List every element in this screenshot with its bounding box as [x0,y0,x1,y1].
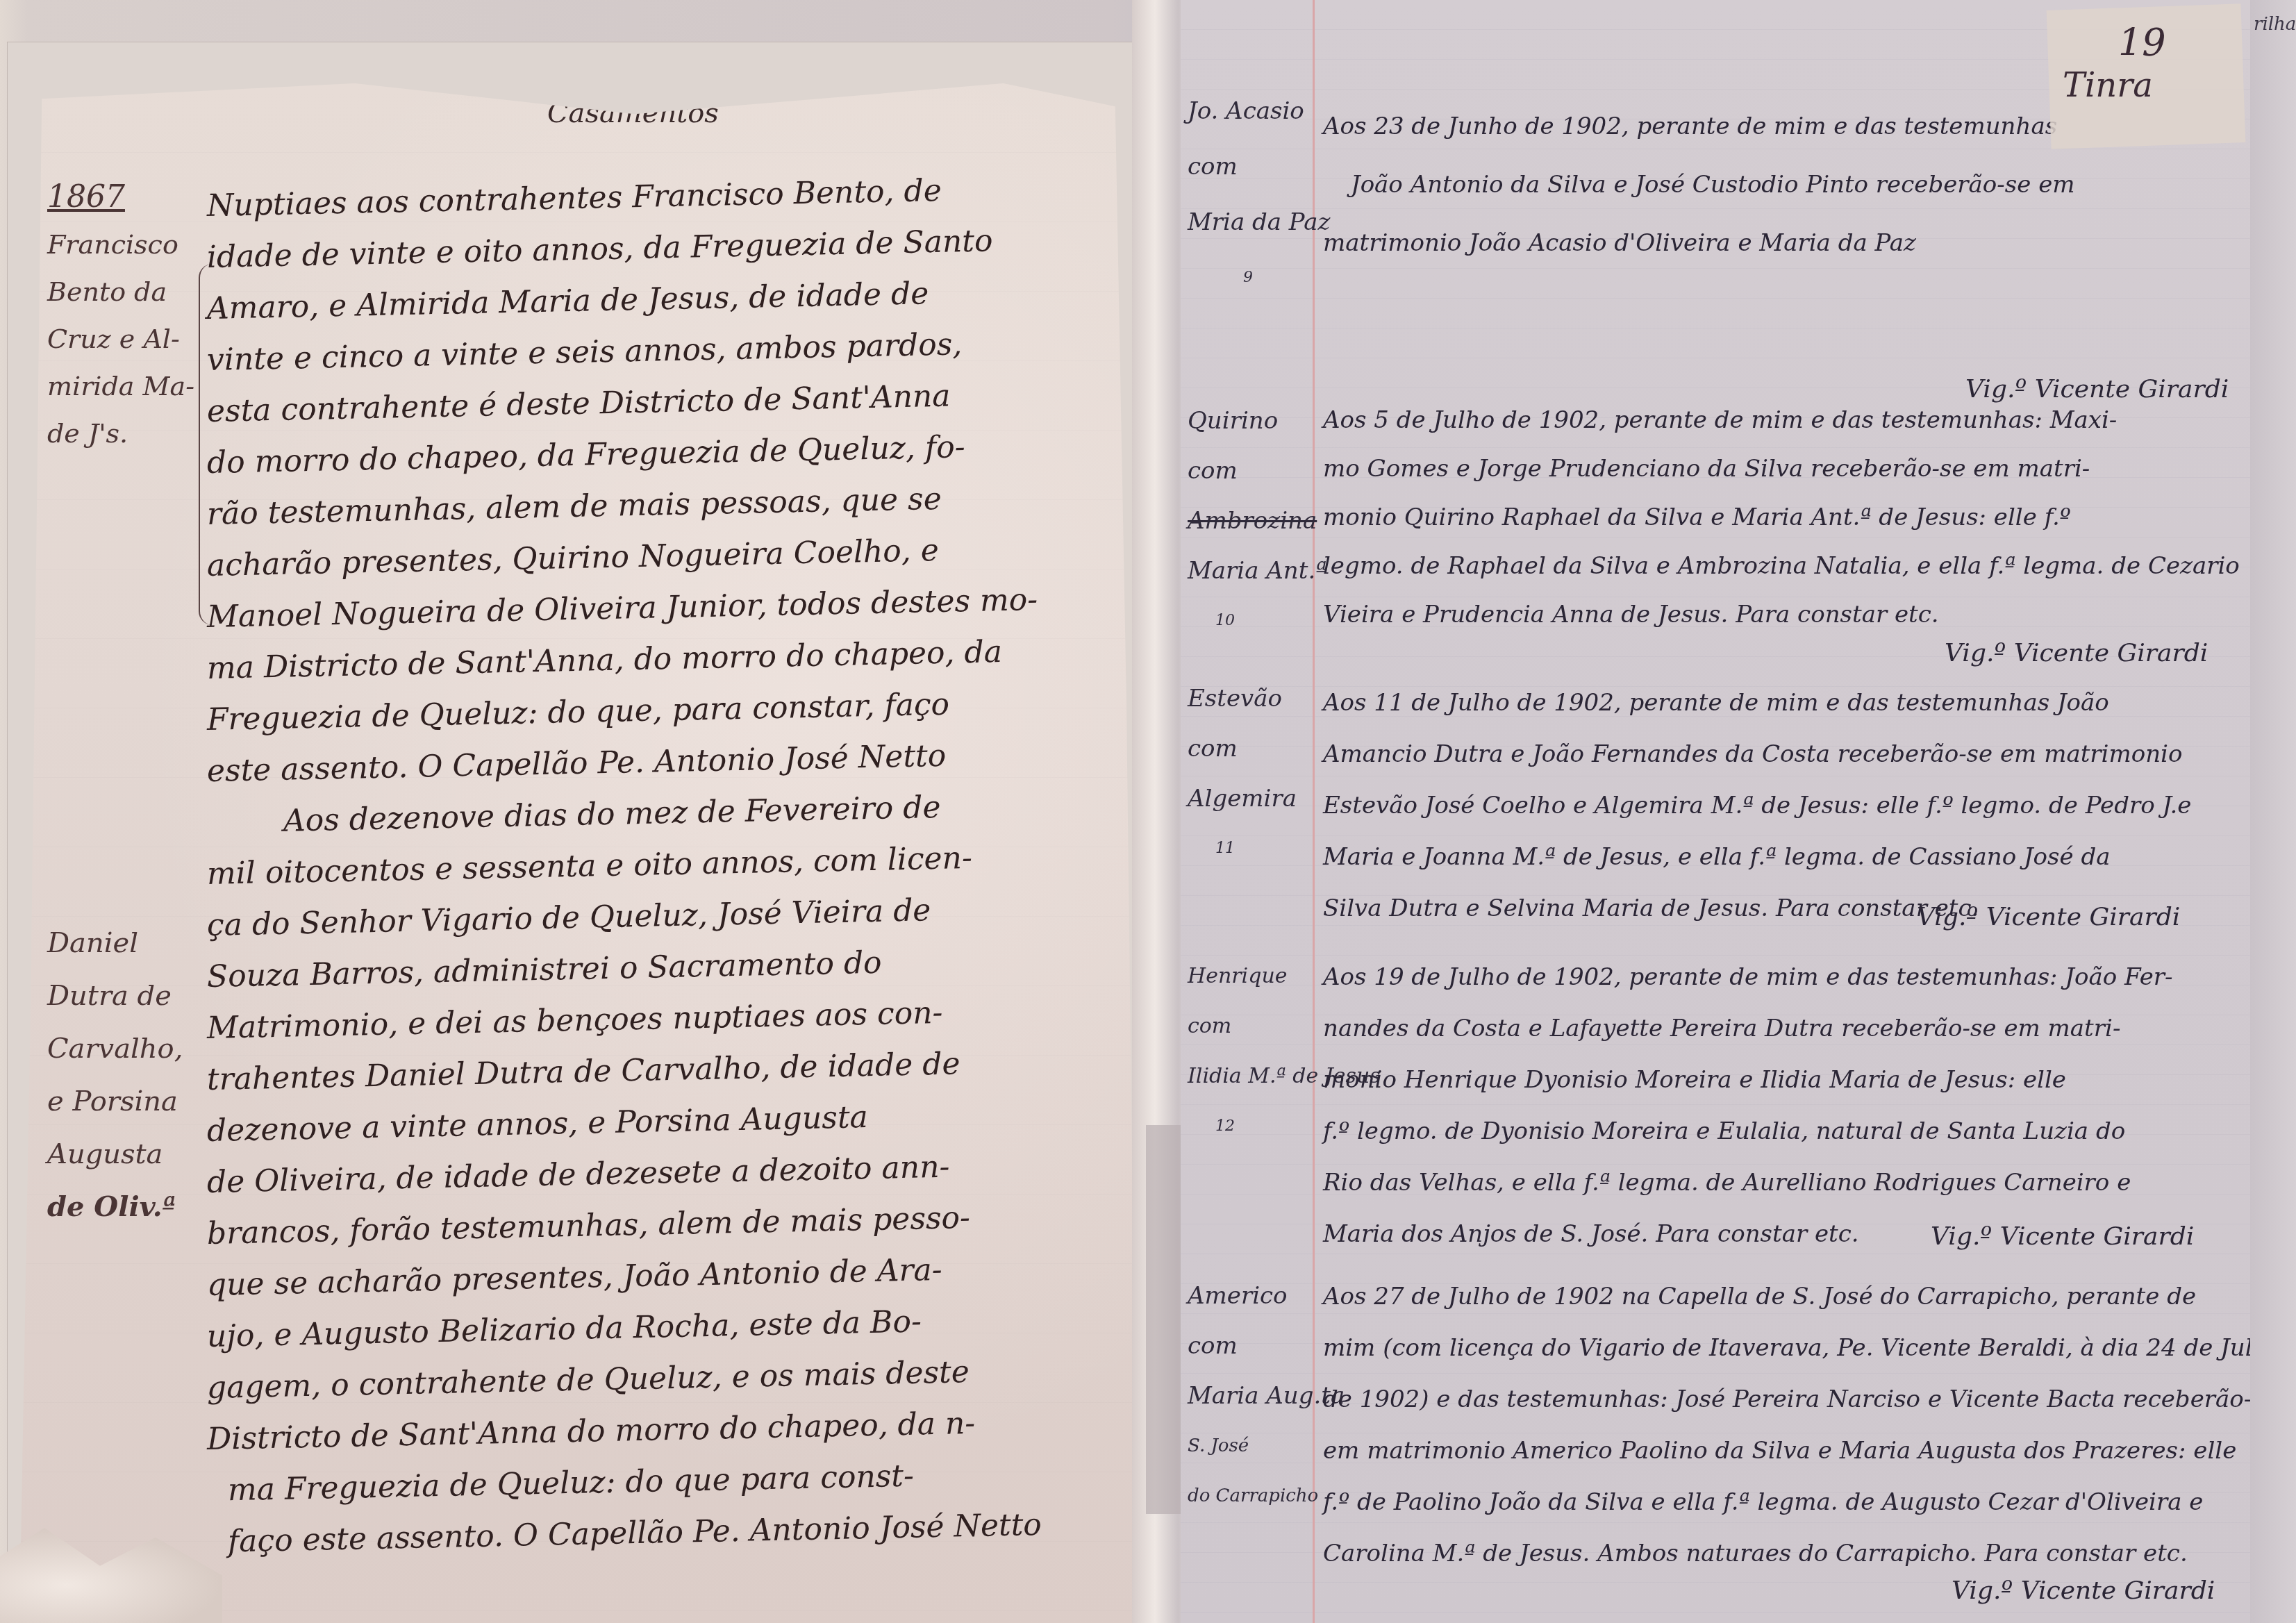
margin-line: Francisco [47,221,207,268]
margin-line: Daniel [47,917,207,969]
register-entry-4: Aos 19 de Julho de 1902, perante de mim … [1323,951,2254,1260]
text-line: Aos 27 de Julho de 1902 na Capella de S.… [1323,1271,2254,1322]
margin-line: e Porsina [47,1075,207,1128]
text-line: Vieira e Prudencia Anna de Jesus. Para c… [1323,590,2254,639]
corner-annotation: Tinra [2063,66,2153,105]
margin-line: de J's. [47,410,207,457]
text-line: matrimonio João Acasio d'Oliveira e Mari… [1323,214,2254,272]
text-line: Aos 11 de Julho de 1902, perante de mim … [1323,677,2254,729]
text-line: Carolina M.ª de Jesus. Ambos naturaes do… [1323,1528,2254,1579]
margin-line: Maria Aug.ta [1188,1371,1313,1421]
signature: Vig.º Vicente Girardi [1945,639,2208,667]
margin-line: Algemira [1188,774,1313,824]
page-number: 19 [2118,21,2166,65]
text-line: João Antonio da Silva e José Custodio Pi… [1323,156,2254,214]
edge-text: rilhas [2254,14,2296,35]
margin-line: Maria Ant.ª [1188,546,1313,596]
margin-line: Carvalho, [47,1022,207,1075]
margin-line: Henrique [1188,951,1313,1001]
signature: Vig.º Vicente Girardi [1931,1222,2194,1251]
margin-line: do Carrapicho [1188,1471,1313,1521]
margin-line: com [1188,1001,1313,1051]
margin-line: com [1188,1321,1313,1371]
margin-entry-3: Estevão com Algemira 11 [1188,674,1313,874]
margin-line: com [1188,139,1313,194]
text-line: Aos 5 de Julho de 1902, perante de mim e… [1323,396,2254,444]
margin-line: de Oliv.ª [47,1181,207,1233]
text-line: Estevão José Coelho e Algemira M.ª de Je… [1323,780,2254,831]
entry-number: 11 [1188,824,1313,874]
margin-entry-1: Jo. Acasio com Mria da Paz 9 [1188,83,1313,306]
margin-note-2: Daniel Dutra de Carvalho, e Porsina Augu… [47,917,207,1233]
register-entry-2: Aos 5 de Julho de 1902, perante de mim e… [1323,396,2254,639]
margin-entry-2: Quirino com Ambrozina Maria Ant.ª 10 [1188,396,1313,646]
text-line: legmo. de Raphael da Silva e Ambrozina N… [1323,542,2254,590]
text-line: mo Gomes e Jorge Prudenciano da Silva re… [1323,444,2254,493]
margin-line: mirida Ma- [47,363,207,410]
margin-rule [1313,0,1315,1623]
margin-line: Americo [1188,1271,1313,1321]
left-page: Casamentos 1867 Francisco Bento da Cruz … [19,83,1138,1623]
signature: Vig.º Vicente Girardi [1952,1576,2215,1605]
adjacent-page-edge [2250,0,2296,1623]
text-line: Aos 19 de Julho de 1902, perante de mim … [1323,951,2254,1003]
margin-entry-4: Henrique com Ilidia M.ª de Jesus 12 [1188,951,1313,1151]
margin-line: Ambrozina [1188,496,1313,546]
margin-line: Mria da Paz [1188,194,1313,250]
text-line: monio Henrique Dyonisio Moreira e Ilidia… [1323,1054,2254,1106]
margin-line: Ilidia M.ª de Jesus [1188,1051,1313,1101]
text-line: mim (com licença do Vigario de Itaverava… [1323,1322,2254,1374]
margin-line: Jo. Acasio [1188,83,1313,139]
margin-line: 1867 [47,174,207,221]
entry-number: 12 [1188,1101,1313,1151]
text-line: de 1902) e das testemunhas: José Pereira… [1323,1374,2254,1425]
entry-number: 10 [1188,596,1313,646]
margin-note-1: 1867 Francisco Bento da Cruz e Al- mirid… [47,174,207,457]
text-line: monio Quirino Raphael da Silva e Maria A… [1323,493,2254,542]
margin-line: Dutra de [47,969,207,1022]
text-line: nandes da Costa e Lafayette Pereira Dutr… [1323,1003,2254,1054]
register-entry-5: Aos 27 de Julho de 1902 na Capella de S.… [1323,1271,2254,1579]
entry-body-left: Nuptiaes aos contrahentes Francisco Bent… [207,181,1110,1568]
text-line: f.º de Paolino João da Silva e ella f.ª … [1323,1476,2254,1528]
margin-line: S. José [1188,1421,1313,1471]
margin-line: Augusta [47,1128,207,1181]
text-line: Rio das Velhas, e ella f.ª legma. de Aur… [1323,1157,2254,1208]
margin-entry-5: Americo com Maria Aug.ta S. José do Carr… [1188,1271,1313,1521]
text-line: em matrimonio Americo Paolino da Silva e… [1323,1425,2254,1476]
right-page: Jo. Acasio com Mria da Paz 9 Quirino com… [1181,0,2271,1623]
margin-line: Quirino [1188,396,1313,446]
text-line: Maria e Joanna M.ª de Jesus, e ella f.ª … [1323,831,2254,883]
margin-line: Estevão [1188,674,1313,724]
signature: Vig.º Vicente Girardi [1917,903,2180,931]
entry-number: 9 [1188,250,1313,306]
margin-line: com [1188,446,1313,496]
margin-line: Bento da [47,268,207,315]
register-entry-3: Aos 11 de Julho de 1902, perante de mim … [1323,677,2254,934]
margin-line: Cruz e Al- [47,315,207,363]
margin-line: com [1188,724,1313,774]
text-line: Amancio Dutra e João Fernandes da Costa … [1323,729,2254,780]
text-line: f.º legmo. de Dyonisio Moreira e Eulalia… [1323,1106,2254,1157]
